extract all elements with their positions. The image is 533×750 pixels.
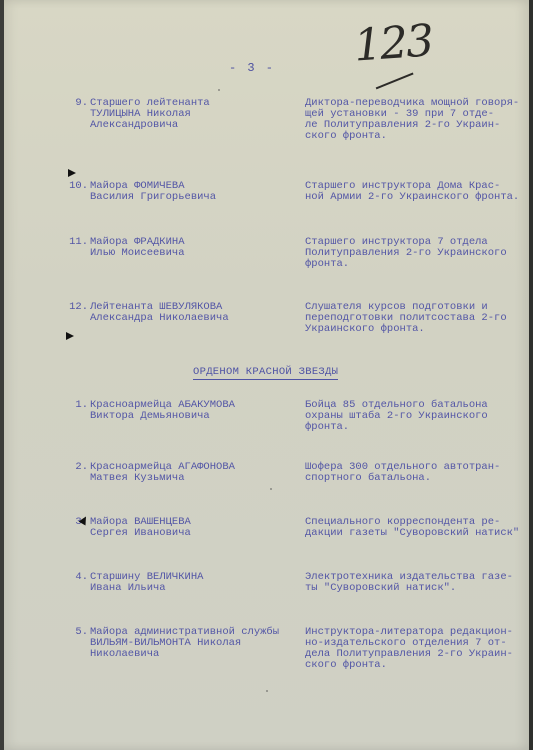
entry-number: 5.	[64, 627, 88, 638]
entry-position: Слушателя курсов подготовки и переподгот…	[305, 302, 525, 335]
handwritten-folio-number: 123	[352, 15, 433, 71]
entry-number: 2.	[64, 462, 88, 473]
entry-position: Специального корреспондента ре- дакции г…	[305, 517, 525, 539]
entry-position: Диктора-переводчика мощной говоря- щей у…	[305, 98, 525, 142]
entry-number: 9.	[64, 98, 88, 109]
paper-speck	[270, 488, 272, 490]
paper-speck	[218, 89, 220, 91]
entry-person: Старшину ВЕЛИЧКИНА Ивана Ильича	[90, 572, 300, 594]
entry-person: Майора ВАШЕНЦЕВА Сергея Ивановича	[90, 517, 300, 539]
entry-position: Старшего инструктора Дома Крас- ной Арми…	[305, 181, 525, 203]
entry-position: Электротехника издательства газе- ты "Су…	[305, 572, 525, 594]
entry-person: Майора административной службы ВИЛЬЯМ-ВИ…	[90, 627, 300, 660]
entry-number: 10.	[64, 181, 88, 192]
entry-number: 12.	[64, 302, 88, 313]
entry-position: Бойца 85 отдельного батальона охраны шта…	[305, 400, 525, 433]
entry-person: Майора ФОМИЧЕВА Василия Григорьевича	[90, 181, 300, 203]
ink-mark-icon	[68, 169, 76, 177]
entry-person: Старшего лейтенанта ТУЛИЦЫНА Николая Але…	[90, 98, 300, 131]
page-number: - 3 -	[229, 61, 275, 75]
entry-person: Майора ФРАДКИНА Илью Моисеевича	[90, 237, 300, 259]
entry-position: Инструктора-литератора редакцион- но-изд…	[305, 627, 525, 671]
document-page: 123 - 3 - 9. Старшего лейтенанта ТУЛИЦЫН…	[4, 0, 529, 750]
entry-number: 4.	[64, 572, 88, 583]
entry-person: Красноармейца АГАФОНОВА Матвея Кузьмича	[90, 462, 300, 484]
entry-position: Шофера 300 отдельного автотран- спортног…	[305, 462, 525, 484]
section-heading-order-red-star: ОРДЕНОМ КРАСНОЙ ЗВЕЗДЫ	[193, 366, 338, 380]
paper-speck	[266, 690, 268, 692]
entry-person: Лейтенанта ШЕВУЛЯКОВА Александра Николае…	[90, 302, 300, 324]
scan-edge	[529, 0, 533, 750]
ink-mark-icon	[66, 332, 74, 340]
entry-position: Старшего инструктора 7 отдела Политуправ…	[305, 237, 525, 270]
entry-person: Красноармейца АБАКУМОВА Виктора Демьянов…	[90, 400, 300, 422]
entry-number: 1.	[64, 400, 88, 411]
entry-number: 11.	[64, 237, 88, 248]
